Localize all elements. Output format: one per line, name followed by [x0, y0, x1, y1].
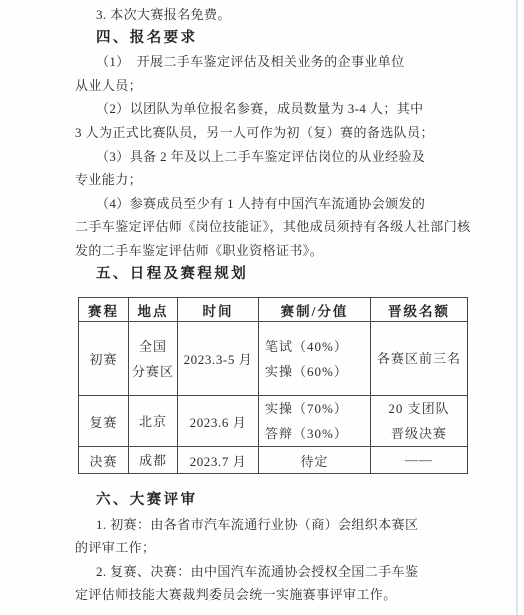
text-line: （2）以团队为单位报名参赛，成员数量为 3-4 人；其中	[75, 97, 471, 121]
cell-location: 北京	[129, 396, 178, 447]
text-line: （3）具备 2 年及以上二手车鉴定评估岗位的从业经验及	[75, 145, 471, 169]
cell-format: 待定	[259, 447, 371, 474]
text-line: 专业能力；	[75, 168, 471, 192]
table-row-final: 决赛 成都 2023.7 月 待定 ——	[79, 447, 468, 474]
cell-location: 全国 分赛区	[129, 322, 178, 396]
page-edge-shadow	[516, 0, 518, 615]
cell-location: 成都	[129, 447, 178, 474]
section-judging-text: 六、大赛评审 1. 初赛：由各省市汽车流通行业协（商）会组织本赛区 的评审工作；…	[75, 489, 418, 607]
section-heading-4: 四、报名要求	[75, 27, 471, 51]
text-line: 3. 本次大赛报名免费。	[75, 3, 471, 27]
cell-stage: 决赛	[79, 447, 129, 474]
cell-time: 2023.3-5 月	[178, 322, 259, 396]
cell-format: 实操（70%） 答辩（30%）	[259, 396, 371, 447]
table-header-location: 地点	[129, 298, 178, 322]
cell-time: 2023.7 月	[178, 447, 259, 474]
table-header-stage: 赛程	[79, 298, 129, 322]
section-registration-text: 3. 本次大赛报名免费。 四、报名要求 （1） 开展二手车鉴定评估及相关业务的企…	[75, 3, 471, 286]
table-header-promotion: 晋级名额	[371, 298, 468, 322]
table-row-semifinal: 复赛 北京 2023.6 月 实操（70%） 答辩（30%） 20 支团队 晋级…	[79, 396, 468, 447]
table-header-format: 赛制/分值	[259, 298, 371, 322]
text-line: 1. 初赛：由各省市汽车流通行业协（商）会组织本赛区	[75, 513, 418, 537]
text-line: （1） 开展二手车鉴定评估及相关业务的企事业单位	[75, 50, 471, 74]
text-line: 定评估师技能大赛裁判委员会统一实施赛事评审工作。	[75, 583, 418, 607]
text-line: 的评审工作；	[75, 536, 418, 560]
cell-promotion: 20 支团队 晋级决赛	[371, 396, 468, 447]
text-line: 二手车鉴定评估师《岗位技能证》，其他成员须持有各级人社部门核	[75, 215, 471, 239]
table-header-row: 赛程 地点 时间 赛制/分值 晋级名额	[79, 298, 468, 322]
document-page: 3. 本次大赛报名免费。 四、报名要求 （1） 开展二手车鉴定评估及相关业务的企…	[0, 0, 524, 615]
cell-promotion: ——	[371, 447, 468, 474]
section-heading-6: 六、大赛评审	[75, 489, 418, 513]
text-line: 2. 复赛、决赛：由中国汽车流通协会授权全国二手车鉴	[75, 560, 418, 584]
text-line: （4）参赛成员至少有 1 人持有中国汽车流通协会颁发的	[75, 192, 471, 216]
table-header-time: 时间	[178, 298, 259, 322]
table-row-preliminary: 初赛 全国 分赛区 2023.3-5 月 笔试（40%） 实操（60%） 各赛区…	[79, 322, 468, 396]
text-line: 发的二手车鉴定评估师《职业资格证书》。	[75, 239, 471, 263]
cell-stage: 初赛	[79, 322, 129, 396]
cell-promotion: 各赛区前三名	[371, 322, 468, 396]
section-heading-5: 五、日程及赛程规划	[75, 263, 471, 287]
cell-stage: 复赛	[79, 396, 129, 447]
text-line: 3 人为正式比赛队员，另一人可作为初（复）赛的备选队员；	[75, 121, 471, 145]
cell-format: 笔试（40%） 实操（60%）	[259, 322, 371, 396]
schedule-table: 赛程 地点 时间 赛制/分值 晋级名额 初赛 全国 分赛区 2023.3-5 月…	[78, 297, 468, 474]
cell-time: 2023.6 月	[178, 396, 259, 447]
text-line: 从业人员；	[75, 74, 471, 98]
